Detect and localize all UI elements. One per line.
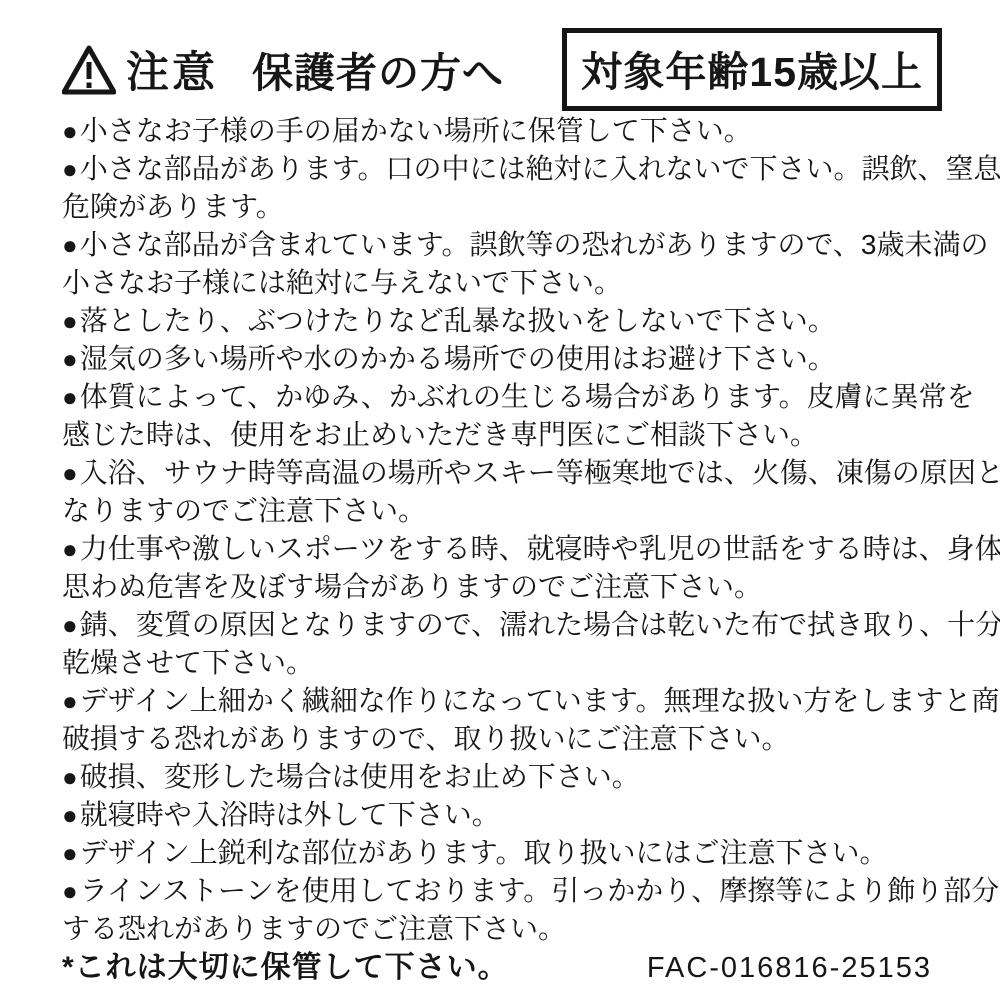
warning-line: ●小さな部品が含まれています。誤飲等の恐れがありますので、3歳未満の: [62, 226, 960, 264]
keep-safe-note: *これは大切に保管して下さい。: [62, 942, 509, 986]
caution-heading: 注意 保護者の方へ: [62, 39, 504, 100]
warning-line: 思わぬ危害を及ぼす場合がありますのでご注意下さい。: [62, 568, 960, 606]
bullet-icon: ●: [62, 686, 78, 716]
warning-line: ●小さな部品があります。口の中には絶対に入れないで下さい。誤飲、窒息等の: [62, 150, 960, 188]
warning-line: ●小さなお子様の手の届かない場所に保管して下さい。: [62, 112, 960, 150]
age-restriction-badge: 対象年齢15歳以上: [562, 28, 942, 111]
warning-line: ●入浴、サウナ時等高温の場所やスキー等極寒地では、火傷、凍傷の原因と: [62, 454, 960, 492]
bullet-icon: ●: [62, 800, 78, 830]
warning-line: ●落としたり、ぶつけたりなど乱暴な扱いをしないで下さい。: [62, 302, 960, 340]
footer: *これは大切に保管して下さい。 FAC-016816-25153: [62, 942, 938, 986]
bullet-icon: ●: [62, 534, 78, 564]
page-subtitle: 保護者の方へ: [252, 40, 504, 99]
warning-line: ●就寝時や入浴時は外して下さい。: [62, 796, 960, 834]
bullet-icon: ●: [62, 876, 78, 906]
warning-line: ●デザイン上細かく繊細な作りになっています。無理な扱い方をしますと商品が: [62, 682, 960, 720]
warning-line: なりますのでご注意下さい。: [62, 492, 960, 530]
bullet-icon: ●: [62, 610, 78, 640]
warning-line: 破損する恐れがありますので、取り扱いにご注意下さい。: [62, 720, 960, 758]
bullet-icon: ●: [62, 306, 78, 336]
warning-line: ●破損、変形した場合は使用をお止め下さい。: [62, 758, 960, 796]
warning-line: 危険があります。: [62, 188, 960, 226]
warning-line: ●湿気の多い場所や水のかかる場所での使用はお避け下さい。: [62, 340, 960, 378]
bullet-icon: ●: [62, 154, 78, 184]
product-code: FAC-016816-25153: [647, 952, 932, 985]
warning-line: 乾燥させて下さい。: [62, 644, 960, 682]
bullet-icon: ●: [62, 230, 78, 260]
warning-line: 感じた時は、使用をお止めいただき専門医にご相談下さい。: [62, 416, 960, 454]
warning-triangle-icon: [62, 45, 116, 95]
warning-label-sheet: 注意 保護者の方へ 対象年齢15歳以上 ●小さなお子様の手の届かない場所に保管し…: [0, 0, 1000, 1000]
bullet-icon: ●: [62, 838, 78, 868]
warning-line: ●体質によって、かゆみ、かぶれの生じる場合があります。皮膚に異常を: [62, 378, 960, 416]
page-title: 注意: [126, 39, 218, 100]
bullet-icon: ●: [62, 344, 78, 374]
warning-line: 小さなお子様には絶対に与えないで下さい。: [62, 264, 960, 302]
bullet-icon: ●: [62, 116, 78, 146]
warning-line: ●錆、変質の原因となりますので、濡れた場合は乾いた布で拭き取り、十分: [62, 606, 960, 644]
warning-line: ●デザイン上鋭利な部位があります。取り扱いにはご注意下さい。: [62, 834, 960, 872]
warnings-list: ●小さなお子様の手の届かない場所に保管して下さい。●小さな部品があります。口の中…: [62, 112, 960, 948]
warning-line: ●ラインストーンを使用しております。引っかかり、摩擦等により飾り部分が脱落: [62, 872, 960, 910]
warning-line: ●力仕事や激しいスポーツをする時、就寝時や乳児の世話をする時は、身体に: [62, 530, 960, 568]
bullet-icon: ●: [62, 762, 78, 792]
bullet-icon: ●: [62, 382, 78, 412]
header: 注意 保護者の方へ 対象年齢15歳以上: [62, 28, 942, 111]
bullet-icon: ●: [62, 458, 78, 488]
